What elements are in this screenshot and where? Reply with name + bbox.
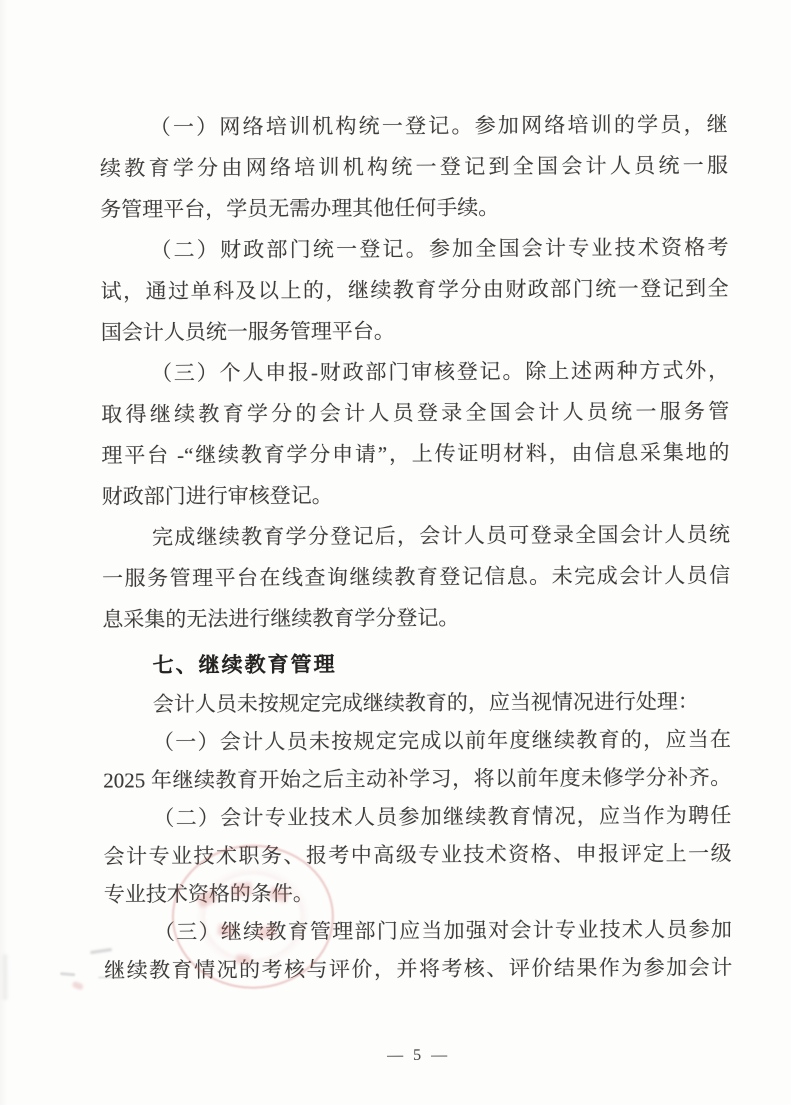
red-seal-stamp — [172, 844, 335, 989]
ink-smudge — [60, 972, 75, 976]
ink-smudge — [98, 976, 124, 978]
ink-smudge — [72, 981, 84, 991]
scan-edge-shadow — [3, 954, 7, 1000]
text-line: 续教育学分由网络培训机构统一登记到全国会计人员统一服 — [100, 145, 728, 189]
text-line: 试，通过单科及以上的，继续教育学分由财政部门统一登记到全 — [101, 268, 729, 312]
paragraph: （一）网络培训机构统一登记。参加网络培训的学员，继 续教育学分由网络培训机构统一… — [100, 104, 729, 230]
text-line: 理平台 -“继续教育学分申请”，上传证明材料，由信息采集地的 — [101, 432, 729, 476]
text-line: 2025 年继续教育开始之后主动补学习，将以前年度未修学分补齐。 — [103, 758, 731, 799]
text-line: 国会计人员统一服务管理平台。 — [101, 309, 729, 353]
document-page: （一）网络培训机构统一登记。参加网络培训的学员，继 续教育学分由网络培训机构统一… — [0, 0, 791, 1105]
text-line: 务管理平台，学员无需办理其他任何手续。 — [100, 186, 728, 230]
text-line: 一服务管理平台在线查询继续教育登记信息。未完成会计人员信 — [102, 555, 730, 599]
text-line: 息采集的无法进行继续教育学分登记。 — [102, 596, 730, 640]
section-heading: 七、继续教育管理 — [102, 644, 730, 685]
paragraph: （三）个人申报-财政部门审核登记。除上述两种方式外， 取得继续教育学分的会计人员… — [101, 350, 730, 517]
body-text-upper: （一）网络培训机构统一登记。参加网络培训的学员，继 续教育学分由网络培训机构统一… — [100, 104, 731, 640]
text-line: 会计人员未按规定完成继续教育的，应当视情况进行处理： — [103, 682, 731, 723]
text-line: （二）财政部门统一登记。参加全国会计专业技术资格考 — [100, 227, 728, 271]
page-number: — 5 — — [105, 1044, 733, 1067]
text-line: 取得继续教育学分的会计人员登录全国会计人员统一服务管 — [101, 391, 729, 435]
text-line: 完成继续教育学分登记后，会计人员可登录全国会计人员统 — [102, 514, 730, 558]
text-line: 财政部门进行审核登记。 — [102, 473, 730, 517]
text-line: （一）网络培训机构统一登记。参加网络培训的学员，继 — [100, 104, 728, 148]
text-line: （二）会计专业技术人员参加继续教育情况，应当作为聘任 — [103, 796, 731, 837]
paragraph: 完成继续教育学分登记后，会计人员可登录全国会计人员统 一服务管理平台在线查询继续… — [102, 514, 731, 640]
text-line: （一）会计人员未按规定完成以前年度继续教育的，应当在 — [103, 720, 731, 761]
paragraph: 会计人员未按规定完成继续教育的，应当视情况进行处理： — [103, 682, 731, 723]
text-line: （三）个人申报-财政部门审核登记。除上述两种方式外， — [101, 350, 729, 394]
paragraph: （一）会计人员未按规定完成以前年度继续教育的，应当在 2025 年继续教育开始之… — [103, 720, 731, 799]
paragraph: （二）财政部门统一登记。参加全国会计专业技术资格考 试，通过单科及以上的，继续教… — [100, 227, 729, 353]
content-tilt-wrapper: （一）网络培训机构统一登记。参加网络培训的学员，继 续教育学分由网络培训机构统一… — [0, 0, 791, 1105]
